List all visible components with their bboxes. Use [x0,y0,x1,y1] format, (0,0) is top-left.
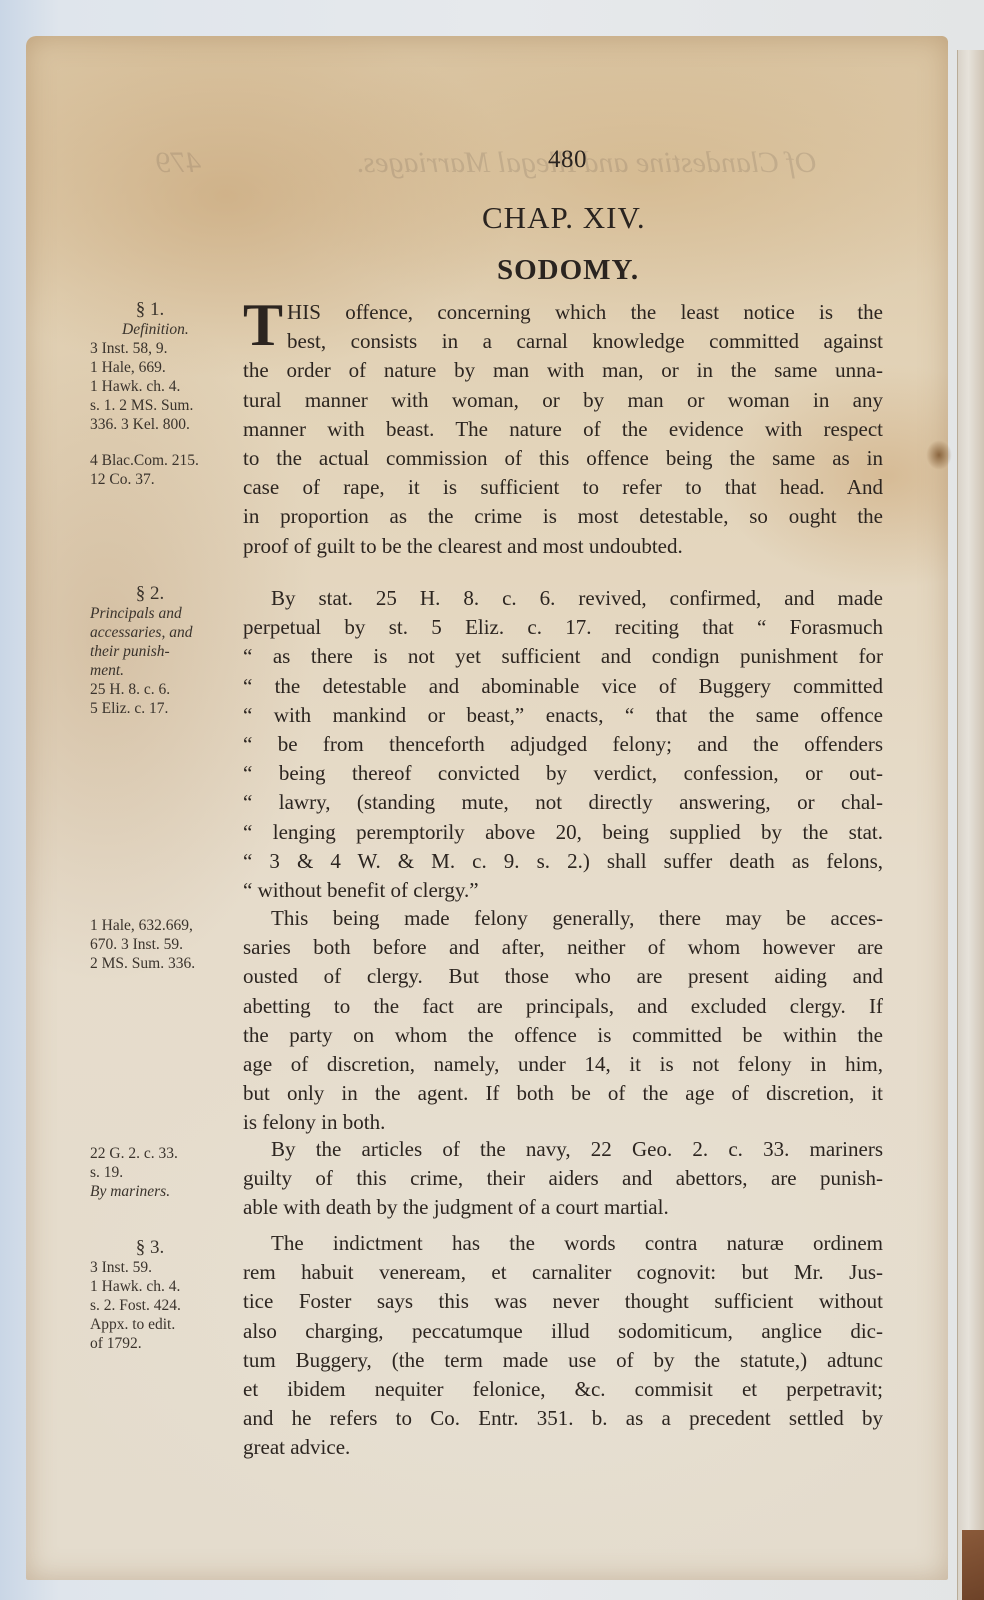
margin-note-section-1: § 1. Definition. 3 Inst. 58, 9. 1 Hale, … [90,300,240,489]
paragraph-accessaries: This being made felony generally, there … [243,904,883,1138]
margin-ref: 336. 3 Kel. 800. [90,415,240,434]
margin-note-mariners: 22 G. 2. c. 33. s. 19. By mariners. [90,1144,240,1201]
text-line: This being made felony generally, there … [243,904,883,933]
text-line: saries both before and after, neither of… [243,933,883,962]
text-line: guilty of this crime, their aiders and a… [243,1164,883,1193]
paragraph-indictment: The indictment has the words contra natu… [243,1229,883,1463]
margin-heading: ment. [90,661,240,680]
text-line: to the actual commission of this offence… [243,444,883,473]
text-line: ousted of clergy. But those who are pres… [243,962,883,991]
text-line: the order of nature by man with man, or … [243,356,883,385]
chapter-subject: SODOMY. [497,254,639,287]
margin-ref: 1 Hawk. ch. 4. [90,377,240,396]
drop-cap: T [243,300,283,350]
text-line: perpetual by st. 5 Eliz. c. 17. reciting… [243,613,883,642]
book-spine-edge [957,50,984,1600]
text-line: tice Foster says this was never thought … [243,1287,883,1316]
margin-heading: Principals and [90,604,240,623]
text-line: By the articles of the navy, 22 Geo. 2. … [243,1135,883,1164]
text-line: but only in the agent. If both be of the… [243,1079,883,1108]
text-line: HIS offence, concerning which the least … [287,298,883,327]
margin-ref: 22 G. 2. c. 33. [90,1144,240,1163]
text-line: case of rape, it is sufficient to refer … [243,473,883,502]
text-line: “ lawry, (standing mute, not directly an… [243,788,883,817]
text-line: able with death by the judgment of a cou… [243,1193,883,1222]
text-line: is felony in both. [243,1108,883,1137]
margin-ref: 3 Inst. 59. [90,1258,240,1277]
text-line: et ibidem nequiter felonice, &c. commisi… [243,1375,883,1404]
margin-ref: 4 Blac.Com. 215. [90,451,240,470]
margin-ref: 5 Eliz. c. 17. [90,699,240,718]
section-marker: § 2. [90,584,240,603]
text-line: the party on whom the offence is committ… [243,1021,883,1050]
text-line: tural manner with woman, or by man or wo… [243,386,883,415]
text-line: “ lenging peremptorily above 20, being s… [243,818,883,847]
margin-note-section-2: § 2. Principals and accessaries, and the… [90,584,240,718]
bleed-through-page-number: 479 [156,146,201,180]
margin-ref: 1 Hale, 669. [90,358,240,377]
book-cover-corner [962,1530,984,1600]
text-line: best, consists in a carnal knowledge com… [287,327,883,356]
margin-ref: s. 2. Fost. 424. [90,1296,240,1315]
text-line: proof of guilt to be the clearest and mo… [243,532,883,561]
text-line: “ be from thenceforth adjudged felony; a… [243,730,883,759]
section-marker: § 1. [90,300,240,319]
text-line: The indictment has the words contra natu… [243,1229,883,1258]
text-line: abetting to the fact are principals, and… [243,992,883,1021]
margin-ref: s. 19. [90,1163,240,1182]
text-line: By stat. 25 H. 8. c. 6. revived, confirm… [243,584,883,613]
margin-ref: 1 Hale, 632.669, [90,916,240,935]
paragraph-statute: By stat. 25 H. 8. c. 6. revived, confirm… [243,584,883,905]
margin-ref: 2 MS. Sum. 336. [90,954,240,973]
text-line: age of discretion, namely, under 14, it … [243,1050,883,1079]
foxing-stain [926,440,952,470]
margin-heading: By mariners. [90,1182,240,1201]
margin-ref: 670. 3 Inst. 59. [90,935,240,954]
margin-heading: their punish- [90,642,240,661]
margin-ref: Appx. to edit. [90,1315,240,1334]
text-line: also charging, peccatumque illud sodomit… [243,1317,883,1346]
page-number: 480 [548,146,587,174]
text-line: tum Buggery, (the term made use of by th… [243,1346,883,1375]
text-line: manner with beast. The nature of the evi… [243,415,883,444]
chapter-title: CHAP. XIV. [482,200,646,236]
margin-note-accessaries: 1 Hale, 632.669, 670. 3 Inst. 59. 2 MS. … [90,916,240,973]
text-line: “ 3 & 4 W. & M. c. 9. s. 2.) shall suffe… [243,847,883,876]
text-line: great advice. [243,1433,883,1462]
paragraph-mariners: By the articles of the navy, 22 Geo. 2. … [243,1135,883,1223]
text-line: “ with mankind or beast,” enacts, “ that… [243,701,883,730]
margin-ref: s. 1. 2 MS. Sum. [90,396,240,415]
margin-ref: 1 Hawk. ch. 4. [90,1277,240,1296]
text-line: “ as there is not yet sufficient and con… [243,642,883,671]
margin-note-section-3: § 3. 3 Inst. 59. 1 Hawk. ch. 4. s. 2. Fo… [90,1238,240,1353]
text-line: in proportion as the crime is most detes… [243,502,883,531]
margin-heading: Definition. [90,320,240,339]
margin-ref: 25 H. 8. c. 6. [90,680,240,699]
section-marker: § 3. [90,1238,240,1257]
text-line: “ being thereof convicted by verdict, co… [243,759,883,788]
text-line: and he refers to Co. Entr. 351. b. as a … [243,1404,883,1433]
paragraph-definition: T HIS offence, concerning which the leas… [243,298,883,561]
margin-heading: accessaries, and [90,623,240,642]
text-line: “ without benefit of clergy.” [243,876,883,905]
text-line: rem habuit veneream, et carnaliter cogno… [243,1258,883,1287]
margin-ref: of 1792. [90,1334,240,1353]
margin-ref: 3 Inst. 58, 9. [90,339,240,358]
text-line: “ the detestable and abominable vice of … [243,672,883,701]
margin-ref: 12 Co. 37. [90,470,240,489]
